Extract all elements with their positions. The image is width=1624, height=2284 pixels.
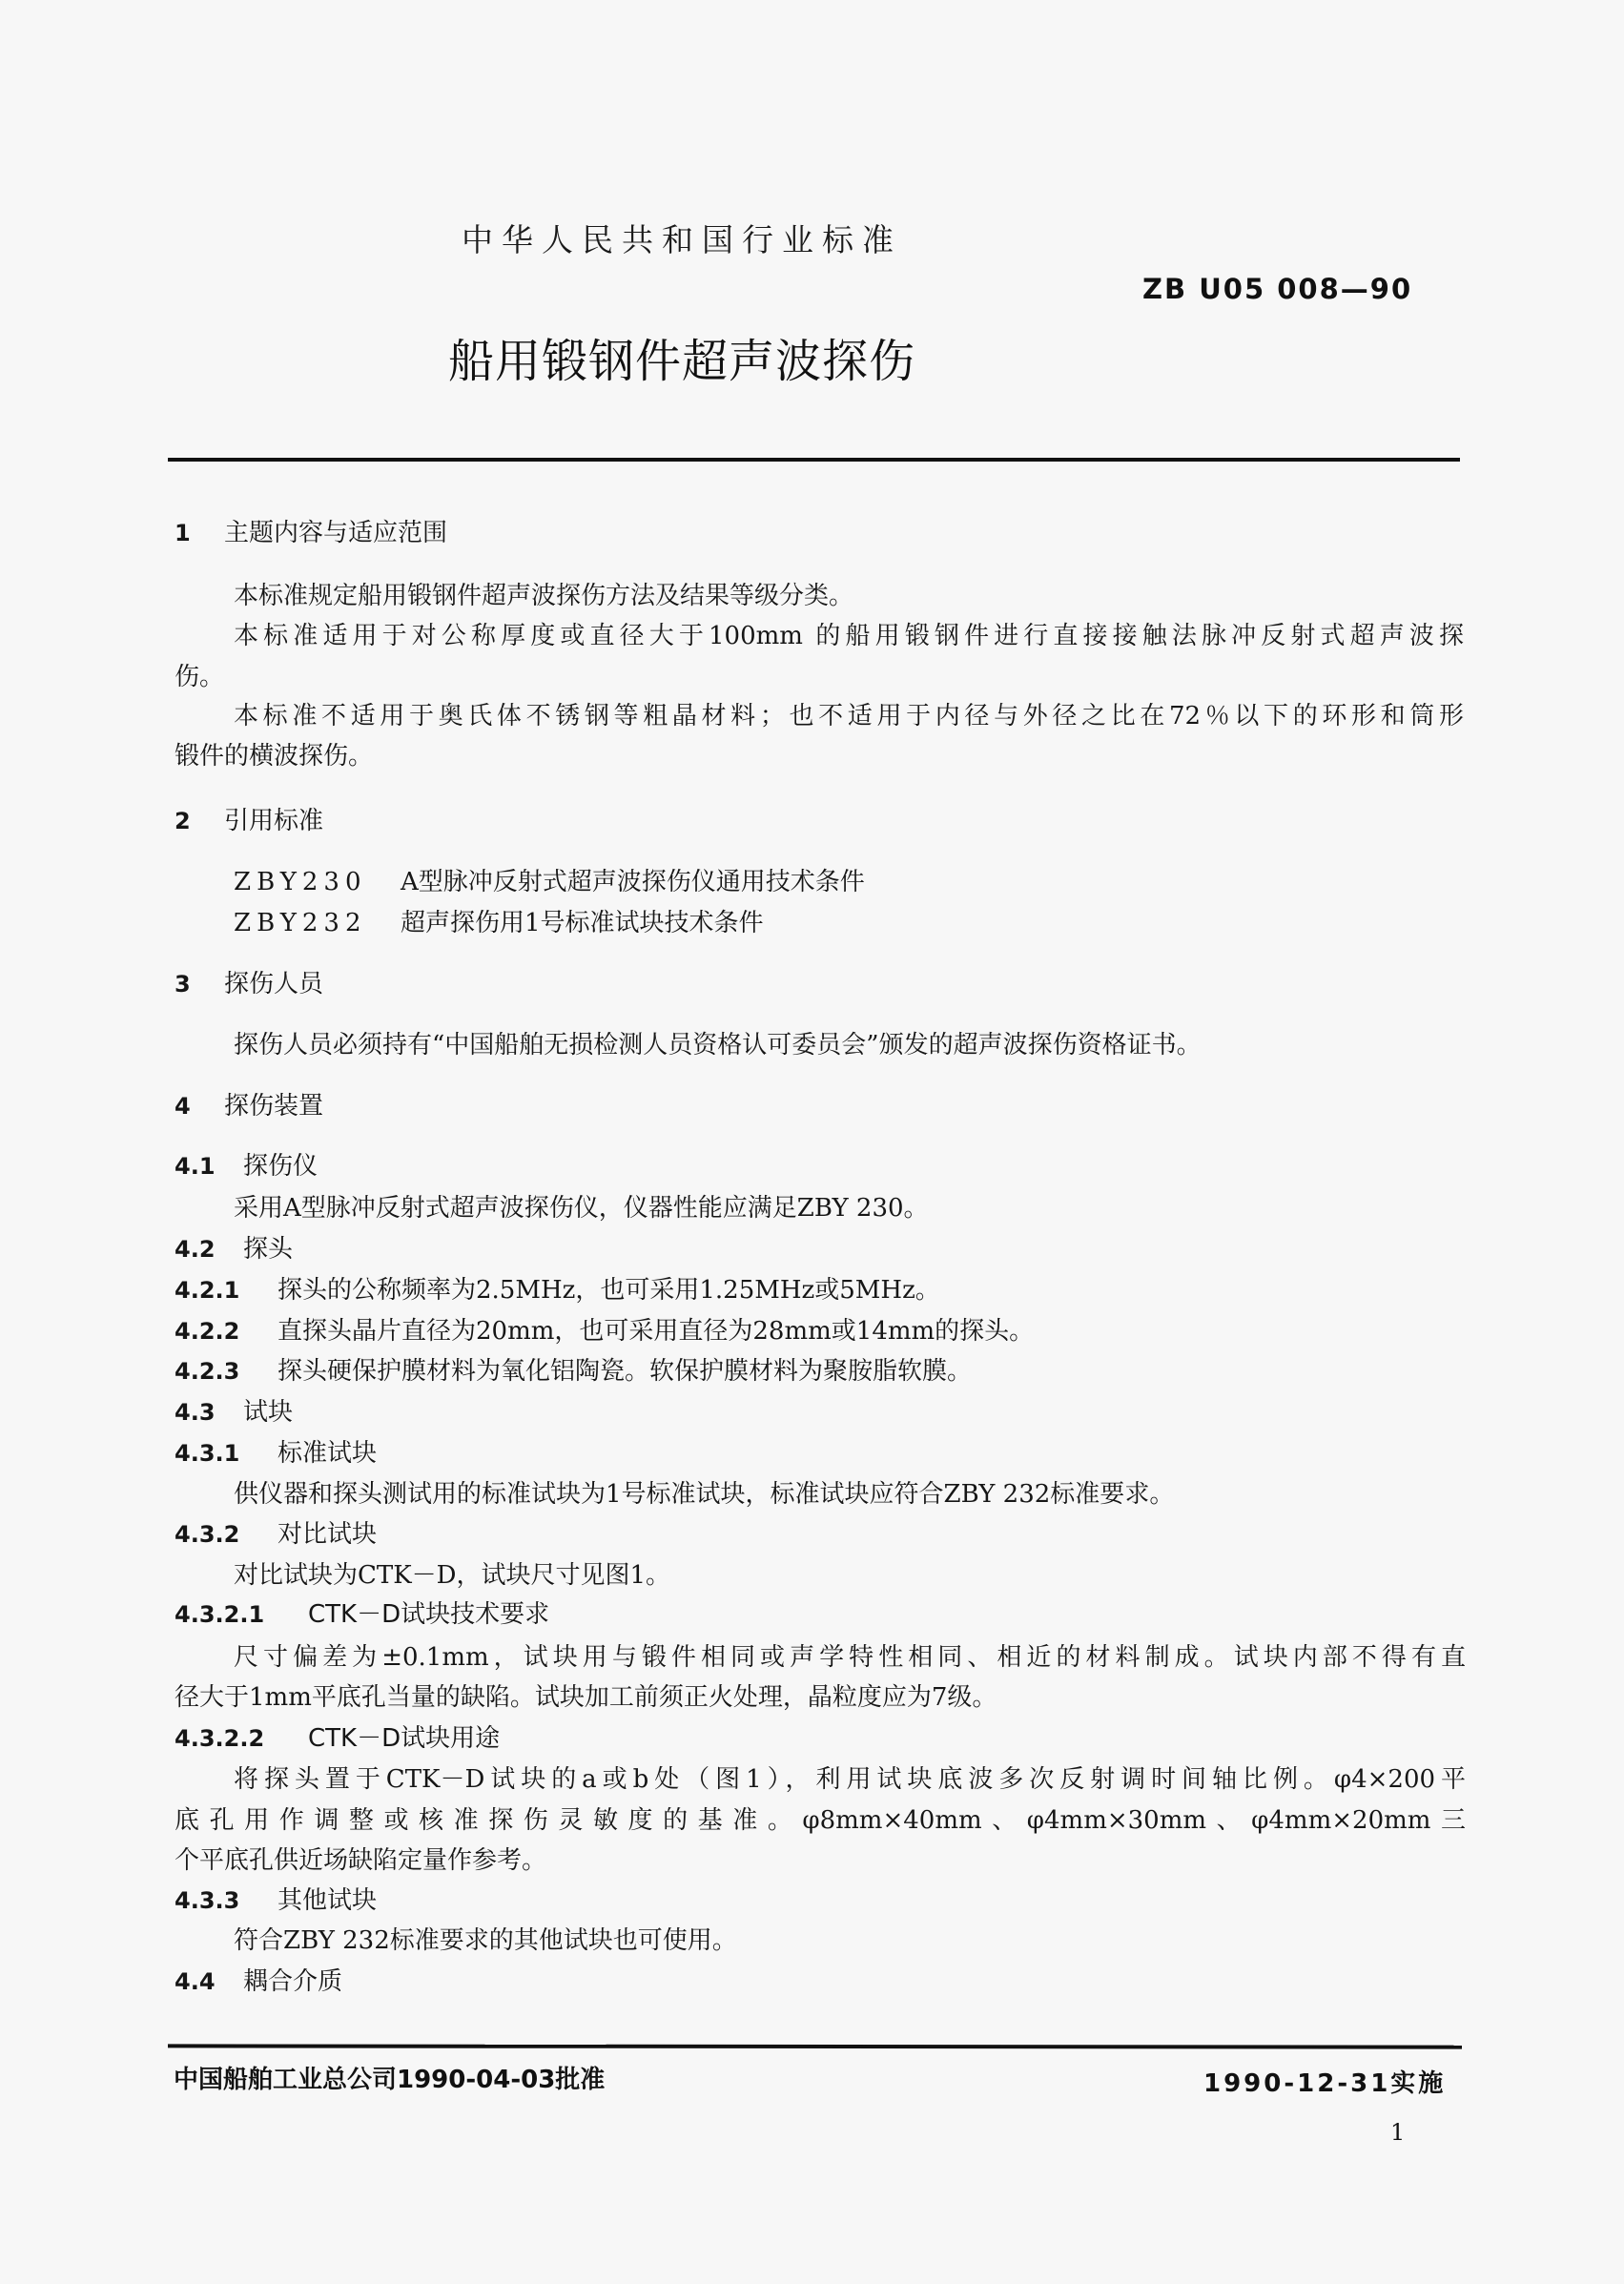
paragraph: 将探头置于CTK－D试块的a或b处（图1），利用试块底波多次反射调时间轴比例。φ… (234, 1764, 1466, 1795)
section-title: CTK－D试块技术要求 (308, 1600, 549, 1629)
paragraph-line: 将探头置于CTK－D试块的a或b处（图1），利用试块底波多次反射调时间轴比例。φ… (234, 1764, 1466, 1795)
section-title: 探伤装置 (224, 1092, 323, 1121)
section-number: 4.1 (175, 1151, 243, 1182)
section-number: 4.3.2.2 (175, 1723, 308, 1754)
paragraph-continuation: 伤。 (175, 662, 224, 692)
subsection-heading-4-2: 4.2探头 (175, 1234, 293, 1265)
paragraph-line: 底孔用作调整或核准探伤灵敏度的基准。φ8mm×40mm、φ4mm×30mm、φ4… (175, 1805, 1466, 1836)
section-heading-3: 3探伤人员 (175, 969, 323, 999)
document-title: 船用锻钢件超声波探伤 (448, 324, 915, 390)
section-title: 引用标准 (224, 807, 323, 835)
section-number: 1 (175, 518, 224, 548)
section-heading-4: 4探伤装置 (175, 1091, 323, 1121)
paragraph-line: 本标准不适用于奥氏体不锈钢等粗晶材料；也不适用于内径与外径之比在72％以下的环形… (234, 701, 1464, 731)
clause-4-2-1: 4.2.1探头的公称频率为2.5MHz，也可采用1.25MHz或5MHz。 (175, 1275, 940, 1306)
reference-item: ZBY230A型脉冲反射式超声波探伤仪通用技术条件 (234, 867, 865, 897)
section-number: 4.2.1 (175, 1275, 278, 1306)
paragraph: 探伤人员必须持有“中国船舶无损检测人员资格认可委员会”颁发的超声波探伤资格证书。 (234, 1030, 1202, 1060)
standard-code: ZB U05 008—90 (1142, 273, 1412, 305)
reference-code: ZBY232 (234, 908, 401, 938)
paragraph-continuation: 锻件的横波探伤。 (175, 741, 373, 772)
subsection-heading-4-1: 4.1探伤仪 (175, 1151, 318, 1182)
section-title: 试块 (243, 1398, 293, 1427)
approval-statement: 中国船舶工业总公司1990-04-03批准 (174, 2060, 605, 2095)
subsection-heading-4-3-2-2: 4.3.2.2CTK－D试块用途 (175, 1723, 500, 1754)
section-number: 2 (175, 806, 224, 836)
section-title: 主题内容与适应范围 (224, 519, 447, 547)
subsection-heading-4-4: 4.4耦合介质 (175, 1966, 342, 1997)
effective-date: 1990-12-31实施 (1203, 2064, 1446, 2099)
paragraph-line: 本标准适用于对公称厚度或直径大于100mm 的船用锻钢件进行直接接触法脉冲反射式… (234, 621, 1464, 651)
section-number: 4.3 (175, 1397, 243, 1428)
section-title: 对比试块 (278, 1520, 377, 1549)
reference-item: ZBY232超声探伤用1号标准试块技术条件 (234, 908, 764, 938)
paragraph-continuation: 径大于1mm平底孔当量的缺陷。试块加工前须正火处理，晶粒度应为7级。 (175, 1682, 997, 1713)
footer-divider (168, 2044, 1462, 2048)
section-heading-1: 1主题内容与适应范围 (175, 518, 447, 548)
subsection-heading-4-3-1: 4.3.1标准试块 (175, 1438, 377, 1469)
page-number: 1 (1390, 2119, 1405, 2146)
section-title: 其他试块 (278, 1886, 377, 1915)
subsection-heading-4-3-3: 4.3.3其他试块 (175, 1885, 377, 1916)
clause-text: 探头硬保护膜材料为氧化铝陶瓷。软保护膜材料为聚胺脂软膜。 (278, 1357, 972, 1386)
section-title: CTK－D试块用途 (308, 1724, 500, 1753)
clause-4-2-2: 4.2.2直探头晶片直径为20mm，也可采用直径为28mm或14mm的探头。 (175, 1316, 1034, 1347)
reference-title: 超声探伤用1号标准试块技术条件 (401, 909, 764, 937)
section-number: 4.2.2 (175, 1316, 278, 1347)
paragraph: 符合ZBY 232标准要求的其他试块也可使用。 (234, 1925, 737, 1956)
paragraph-continuation: 底孔用作调整或核准探伤灵敏度的基准。φ8mm×40mm、φ4mm×30mm、φ4… (175, 1805, 1466, 1836)
section-title: 探伤人员 (224, 970, 323, 998)
paragraph: 对比试块为CTK－D，试块尺寸见图1。 (234, 1560, 670, 1591)
section-title: 探头 (243, 1235, 293, 1264)
section-heading-2: 2引用标准 (175, 806, 323, 836)
clause-text: 直探头晶片直径为20mm，也可采用直径为28mm或14mm的探头。 (278, 1317, 1034, 1346)
subsection-heading-4-3: 4.3试块 (175, 1397, 293, 1428)
subsection-heading-4-3-2-1: 4.3.2.1CTK－D试块技术要求 (175, 1599, 549, 1630)
subsection-heading-4-3-2: 4.3.2对比试块 (175, 1519, 377, 1550)
reference-title: A型脉冲反射式超声波探伤仪通用技术条件 (401, 868, 865, 896)
clause-4-2-3: 4.2.3探头硬保护膜材料为氧化铝陶瓷。软保护膜材料为聚胺脂软膜。 (175, 1356, 972, 1387)
section-number: 4.3.3 (175, 1885, 278, 1916)
section-title: 标准试块 (278, 1439, 377, 1468)
issuing-category: 中华人民共和国行业标准 (462, 216, 902, 260)
paragraph: 供仪器和探头测试用的标准试块为1号标准试块，标准试块应符合ZBY 232标准要求… (234, 1479, 1174, 1510)
section-number: 4.3.2.1 (175, 1599, 308, 1630)
section-number: 4.4 (175, 1966, 243, 1997)
section-number: 3 (175, 969, 224, 999)
section-title: 探伤仪 (243, 1152, 318, 1181)
paragraph: 本标准适用于对公称厚度或直径大于100mm 的船用锻钢件进行直接接触法脉冲反射式… (234, 621, 1464, 651)
paragraph-continuation: 个平底孔供近场缺陷定量作参考。 (175, 1845, 546, 1876)
section-number: 4.3.1 (175, 1438, 278, 1469)
paragraph: 本标准不适用于奥氏体不锈钢等粗晶材料；也不适用于内径与外径之比在72％以下的环形… (234, 701, 1464, 731)
paragraph-line: 尺寸偏差为±0.1mm，试块用与锻件相同或声学特性相同、相近的材料制成。试块内部… (234, 1642, 1466, 1673)
section-number: 4.2.3 (175, 1356, 278, 1387)
header-divider (168, 458, 1460, 462)
section-title: 耦合介质 (243, 1967, 342, 1996)
paragraph: 采用A型脉冲反射式超声波探伤仪，仪器性能应满足ZBY 230。 (234, 1193, 929, 1224)
paragraph: 尺寸偏差为±0.1mm，试块用与锻件相同或声学特性相同、相近的材料制成。试块内部… (234, 1642, 1466, 1673)
section-number: 4.2 (175, 1234, 243, 1265)
section-number: 4 (175, 1091, 224, 1121)
paragraph: 本标准规定船用锻钢件超声波探伤方法及结果等级分类。 (234, 581, 853, 611)
section-number: 4.3.2 (175, 1519, 278, 1550)
clause-text: 探头的公称频率为2.5MHz，也可采用1.25MHz或5MHz。 (278, 1276, 940, 1305)
reference-code: ZBY230 (234, 867, 401, 897)
